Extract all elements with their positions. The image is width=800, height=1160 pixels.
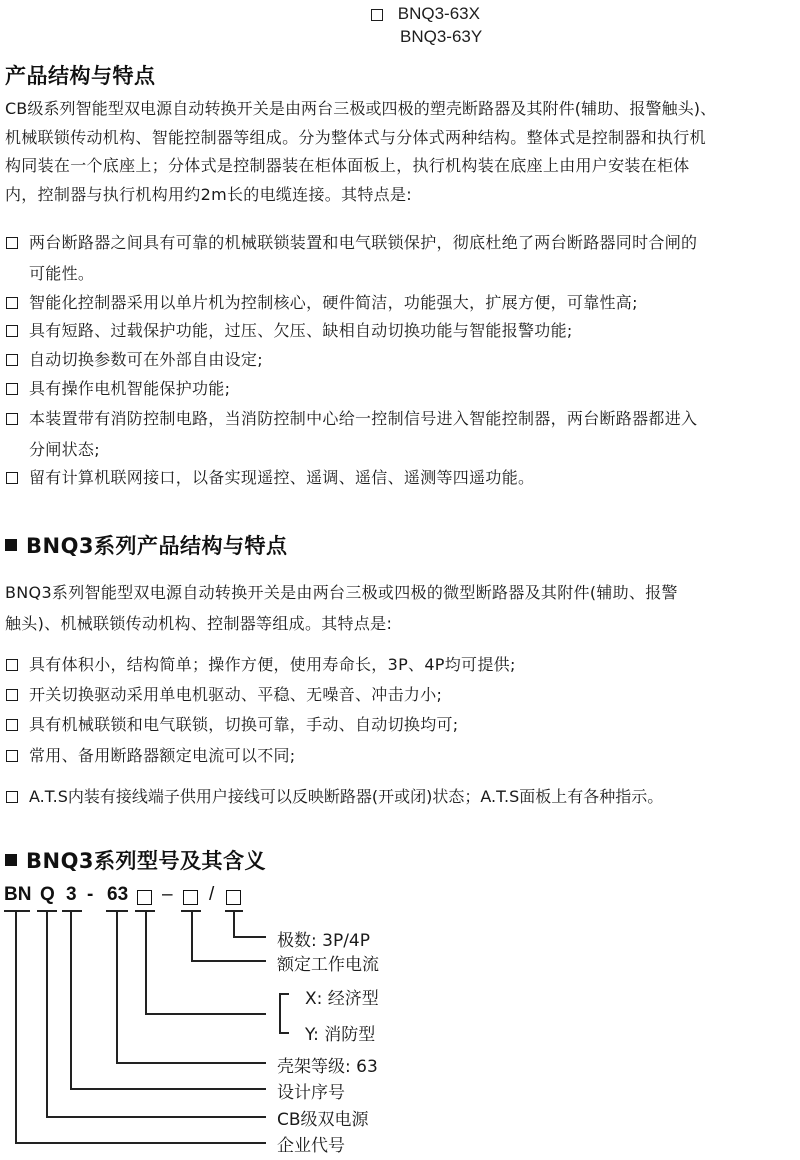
model-y: BNQ3-63Y xyxy=(400,27,482,47)
intro-line: 机械联锁传动机构、智能控制器等组成。分为整体式与分体式两种结构。整体式是控制器和… xyxy=(5,124,716,153)
checkbox-icon xyxy=(6,297,18,309)
section2-intro: BNQ3系列智能型双电源自动转换开关是由两台三极或四极的微型断路器及其附件(辅助… xyxy=(5,577,678,639)
label-cb-class: CB级双电源 xyxy=(277,1105,369,1130)
feature-item: 留有计算机联网接口，以备实现遥控、遥调、遥信、遥测等四遥功能。 xyxy=(6,465,534,488)
feature-item: A.T.S内装有接线端子供用户接线可以反映断路器(开或闭)状态；A.T.S面板上… xyxy=(6,784,663,807)
checkbox-icon xyxy=(371,9,383,21)
placeholder-box-current xyxy=(183,889,198,911)
feature-item: 智能化控制器采用以单片机为控制核心，硬件简洁，功能强大，扩展方便，可靠性高; xyxy=(6,290,638,313)
feature-item: 开关切换驱动采用单电机驱动、平稳、无噪音、冲击力小; xyxy=(6,682,442,705)
connector-line xyxy=(145,910,147,1014)
connector-line xyxy=(233,910,235,937)
checkbox-icon xyxy=(6,383,18,395)
placeholder-box-type xyxy=(137,889,152,911)
intro-line: 触头)、机械联锁传动机构、控制器等组成。其特点是: xyxy=(5,608,678,639)
underline xyxy=(62,910,82,912)
checkbox-icon xyxy=(6,659,18,671)
connector-line xyxy=(191,910,193,961)
connector-line xyxy=(15,910,17,1143)
intro-line: 内，控制器与执行机构用约2m长的电缆连接。其特点是: xyxy=(5,181,716,210)
connector-line xyxy=(15,1142,266,1144)
label-design-no: 设计序号 xyxy=(277,1078,345,1103)
bracket xyxy=(279,993,289,995)
model-header: BNQ3-63X xyxy=(371,4,480,24)
label-frame: 壳架等级: 63 xyxy=(277,1052,378,1077)
checkbox-icon xyxy=(6,472,18,484)
label-company-code: 企业代号 xyxy=(277,1131,345,1156)
bracket xyxy=(279,993,281,1033)
section1-title: 产品结构与特点 xyxy=(5,60,156,90)
label-type-y: Y: 消防型 xyxy=(305,1020,375,1045)
connector-line xyxy=(46,910,48,1117)
intro-line: BNQ3系列智能型双电源自动转换开关是由两台三极或四极的微型断路器及其附件(辅助… xyxy=(5,577,678,608)
code-segment-bn: BN xyxy=(4,884,31,906)
checkbox-icon xyxy=(6,719,18,731)
square-bullet-icon xyxy=(5,539,17,551)
connector-line xyxy=(233,936,266,938)
connector-line xyxy=(116,1062,266,1064)
connector-line xyxy=(145,1013,266,1015)
code-segment-63: 63 xyxy=(107,884,128,906)
checkbox-icon xyxy=(6,237,18,249)
checkbox-icon xyxy=(6,750,18,762)
feature-item: 具有短路、过载保护功能，过压、欠压、缺相自动切换功能与智能报警功能; xyxy=(6,318,573,341)
checkbox-icon xyxy=(6,354,18,366)
feature-item: 本装置带有消防控制电路，当消防控制中心给一控制信号进入智能控制器，两台断路器都进… xyxy=(6,406,697,460)
checkbox-icon xyxy=(6,689,18,701)
feature-item: 具有体积小，结构简单；操作方便，使用寿命长，3P、4P均可提供; xyxy=(6,652,516,675)
connector-line xyxy=(46,1116,266,1118)
checkbox-icon xyxy=(6,325,18,337)
label-type-x: X: 经济型 xyxy=(305,984,379,1009)
square-bullet-icon xyxy=(5,854,17,866)
code-segment-q: Q xyxy=(40,884,55,906)
intro-line: CB级系列智能型双电源自动转换开关是由两台三极或四极的塑壳断路器及其附件(辅助、… xyxy=(5,95,716,124)
label-poles: 极数: 3P/4P xyxy=(277,926,370,951)
section3-title: BNQ3系列型号及其含义 xyxy=(5,845,266,875)
section2-title: BNQ3系列产品结构与特点 xyxy=(5,530,288,560)
feature-item: 两台断路器之间具有可靠的机械联锁装置和电气联锁保护，彻底杜绝了两台断路器同时合闸… xyxy=(6,230,697,284)
connector-line xyxy=(70,1088,266,1090)
code-dash: - xyxy=(87,884,93,906)
feature-item: 具有机械联锁和电气联锁，切换可靠，手动、自动切换均可; xyxy=(6,712,459,735)
connector-line xyxy=(70,910,72,1089)
section1-intro: CB级系列智能型双电源自动转换开关是由两台三极或四极的塑壳断路器及其附件(辅助、… xyxy=(5,95,716,209)
checkbox-icon xyxy=(6,413,18,425)
feature-item: 常用、备用断路器额定电流可以不同; xyxy=(6,743,296,766)
intro-line: 构同装在一个底座上；分体式是控制器装在柜体面板上，执行机构装在底座上由用户安装在… xyxy=(5,152,716,181)
feature-item: 具有操作电机智能保护功能; xyxy=(6,376,230,399)
code-segment-3: 3 xyxy=(66,884,77,906)
connector-line xyxy=(116,910,118,1063)
code-slash: / xyxy=(209,884,214,906)
feature-item: 自动切换参数可在外部自由设定; xyxy=(6,347,263,370)
checkbox-icon xyxy=(6,791,18,803)
label-rated-current: 额定工作电流 xyxy=(277,950,379,975)
placeholder-box-poles xyxy=(226,889,241,911)
model-x: BNQ3-63X xyxy=(398,4,480,23)
code-dash: – xyxy=(162,884,173,906)
underline xyxy=(4,910,30,912)
connector-line xyxy=(191,960,266,962)
bracket xyxy=(279,1032,289,1034)
